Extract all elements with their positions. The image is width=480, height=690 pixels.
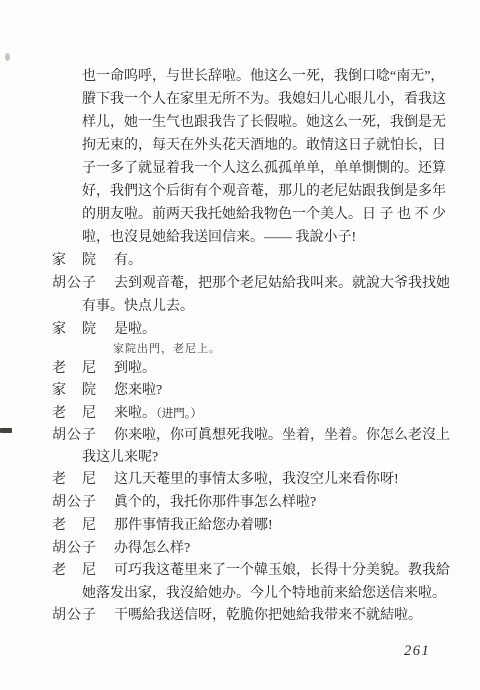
book-page: 也一命呜呼，与世长辞啦。他这么一死，我倒口唸“南无”， 賸下我一个人在家里无所不… <box>0 0 480 690</box>
speaker-name: 胡公子 <box>52 429 114 443</box>
speaker-name: 老 尼 <box>52 519 114 533</box>
dialogue-row: 胡公子眞个的，我托你那件事怎么样啦? <box>52 496 316 510</box>
speech-text: 您来啦? <box>114 383 162 398</box>
speech-text: 眞个的，我托你那件事怎么样啦? <box>114 495 316 510</box>
speaker-name: 老 尼 <box>52 407 114 421</box>
dialogue-row: 胡公子办得怎么样? <box>52 542 190 556</box>
speaker-name: 家 院 <box>52 323 114 337</box>
monologue-line: 拘无束的，每天在外头花天酒地的。敢情这日子就怕长，日 <box>82 139 446 153</box>
speaker-name: 胡公子 <box>52 496 114 510</box>
page-number: 261 <box>404 644 430 659</box>
dialogue-row: 老 尼可巧我这菴里来了一个韓玉娘，长得十分美貌。教我給 <box>52 564 450 578</box>
dialogue-row: 老 尼这几天菴里的事情太多啦，我沒空儿来看你呀! <box>52 473 399 487</box>
dialogue-row: 老 尼到啦。 <box>52 362 156 376</box>
monologue-line: 样儿，她一生气也跟我告了长假啦。她这么一死，我倒是无 <box>82 116 446 130</box>
speaker-name: 家 院 <box>52 254 114 268</box>
speaker-name: 胡公子 <box>52 277 114 291</box>
speech-text: 那件事情我正給您办着哪! <box>114 518 273 533</box>
speaker-name: 老 尼 <box>52 362 114 376</box>
paper-speck-mark <box>5 53 10 61</box>
speech-continuation: 她落发出家，我沒給她办。今儿个特地前来給您送信来啦。 <box>82 587 446 601</box>
speech-text: 可巧我这菴里来了一个韓玉娘，长得十分美貌。教我給 <box>114 563 450 578</box>
speaker-name: 胡公子 <box>52 609 114 623</box>
monologue-line: 子一多了就显着我一个人这么孤孤单单，单单惻惻的。还算 <box>82 162 446 176</box>
speech-text: 是啦。 <box>114 322 156 337</box>
speech-text: 办得怎么样? <box>114 541 190 556</box>
dialogue-row: 老 尼来啦。（进門。） <box>52 407 202 421</box>
speech-text: 有。 <box>114 253 142 268</box>
dialogue-row: 家 院有。 <box>52 254 142 268</box>
dialogue-row: 胡公子去到观音菴，把那个老尼姑給我叫来。就說大爷我找她 <box>52 277 450 291</box>
speech-text: 来啦。 <box>114 406 156 421</box>
speech-text: 到啦。 <box>114 361 156 376</box>
speech-text: 去到观音菴，把那个老尼姑給我叫来。就說大爷我找她 <box>114 276 450 291</box>
dialogue-row: 胡公子干嗎給我送信呀，乾脆你把她給我带来不就結啦。 <box>52 609 422 623</box>
stage-direction: 家院出門，老尼上。 <box>113 344 221 355</box>
dialogue-row: 家 院您来啦? <box>52 384 162 398</box>
stage-direction-inline: （进門。） <box>156 408 202 420</box>
dialogue-row: 家 院是啦。 <box>52 323 156 337</box>
speech-text: 你来啦，你可眞想死我啦。坐着，坐着。你怎么老沒上 <box>114 428 450 443</box>
speaker-name: 胡公子 <box>52 542 114 556</box>
dialogue-row: 老 尼那件事情我正給您办着哪! <box>52 519 273 533</box>
speech-text: 这几天菴里的事情太多啦，我沒空儿来看你呀! <box>114 472 399 487</box>
monologue-line: 好，我們这个后街有个观音菴，那儿的老尼姑跟我倒是多年 <box>82 185 446 199</box>
monologue-line: 也一命呜呼，与世长辞啦。他这么一死，我倒口唸“南无”， <box>82 70 444 84</box>
monologue-line: 啦，也沒見她給我送回信来。—— 我說小子! <box>82 231 356 245</box>
speech-text: 干嗎給我送信呀，乾脆你把她給我带来不就結啦。 <box>114 608 422 623</box>
speech-continuation: 我这儿来呢? <box>82 451 158 465</box>
speaker-name: 老 尼 <box>52 564 114 578</box>
monologue-line: 賸下我一个人在家里无所不为。我媳妇儿心眼儿小，看我这 <box>82 93 446 107</box>
monologue-line: 的朋友啦。前两天我托她給我物色一个美人。日 子 也 不 少 <box>82 208 446 222</box>
speech-continuation: 有事。快点儿去。 <box>82 300 194 314</box>
dialogue-row: 胡公子你来啦，你可眞想死我啦。坐着，坐着。你怎么老沒上 <box>52 429 450 443</box>
edge-ink-mark <box>0 428 12 433</box>
speaker-name: 老 尼 <box>52 473 114 487</box>
speaker-name: 家 院 <box>52 384 114 398</box>
